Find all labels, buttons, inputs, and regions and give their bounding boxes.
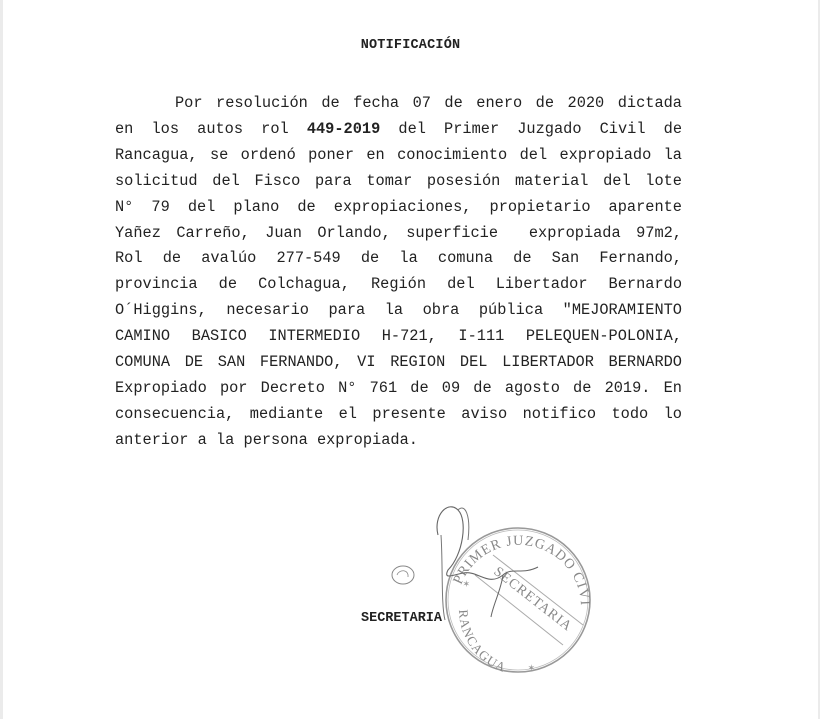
body-line: provincia de Colchagua, Región del Liber… (115, 272, 682, 298)
body-line: Por resolución de fecha 07 de enero de 2… (115, 91, 682, 117)
body-line: Expropiado por Decreto N° 761 de 09 de a… (115, 376, 682, 402)
body-line-rol: en los autos rol 449-2019 del Primer Juz… (115, 117, 682, 143)
document-title: NOTIFICACIÓN (3, 38, 818, 53)
svg-text:✶: ✶ (528, 663, 535, 675)
svg-text:RANCAGUA: RANCAGUA (456, 609, 509, 675)
body-line: CAMINO BASICO INTERMEDIO H-721, I-111 PE… (115, 324, 682, 350)
svg-text:✶: ✶ (463, 579, 470, 591)
body-line: N° 79 del plano de expropiaciones, propi… (115, 195, 682, 221)
body-line: anterior a la persona expropiada. (115, 428, 682, 454)
body-line: consecuencia, mediante el presente aviso… (115, 402, 682, 428)
court-seal-icon: PRIMER JUZGADO CIVIL RANCAGUA SECRETARIA… (353, 495, 613, 685)
body-line: Rol de avalúo 277-549 de la comuna de Sa… (115, 246, 682, 272)
body-line: O´Higgins, necesario para la obra públic… (115, 298, 682, 324)
document-page: NOTIFICACIÓN Por resolución de fecha 07 … (3, 0, 818, 719)
signature-label: SECRETARIA (361, 611, 442, 626)
body-line: Yañez Carreño, Juan Orlando, superficie … (115, 221, 682, 247)
signature-stamp: PRIMER JUZGADO CIVIL RANCAGUA SECRETARIA… (353, 495, 613, 685)
notification-body: Por resolución de fecha 07 de enero de 2… (115, 91, 682, 454)
body-line: solicitud del Fisco para tomar posesión … (115, 169, 682, 195)
body-line: Rancagua, se ordenó poner en conocimient… (115, 143, 682, 169)
svg-text:PRIMER JUZGADO CIVIL: PRIMER JUZGADO CIVIL (353, 495, 592, 606)
body-line: COMUNA DE SAN FERNANDO, VI REGION DEL LI… (115, 350, 682, 376)
case-number: 449-2019 (307, 120, 380, 138)
